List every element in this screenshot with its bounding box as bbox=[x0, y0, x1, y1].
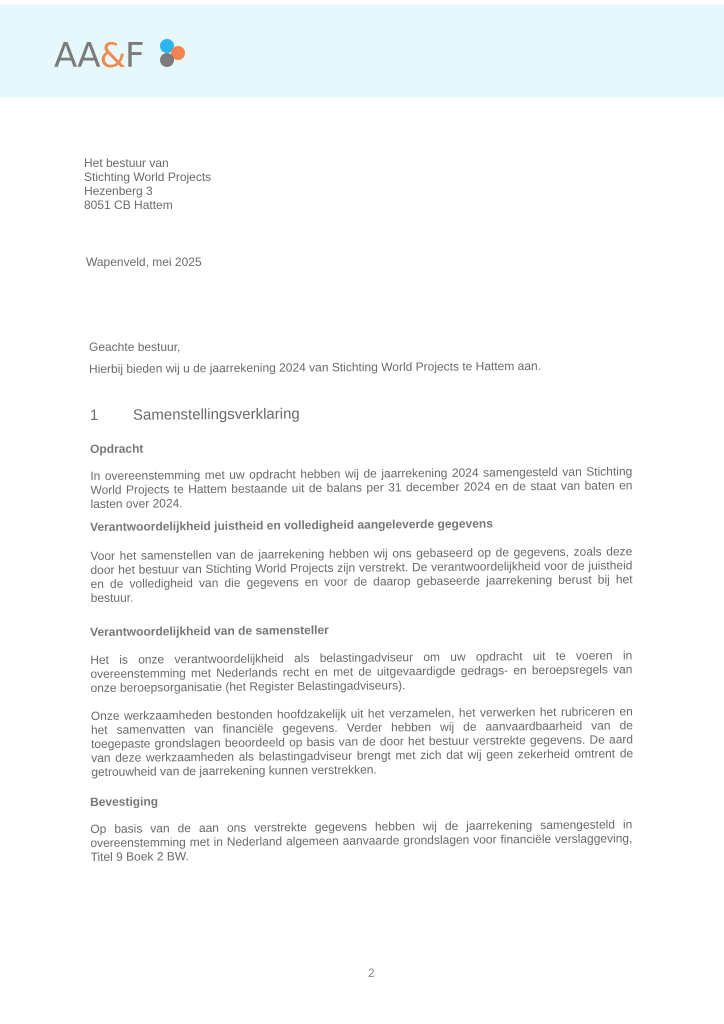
logo-text: AA&F bbox=[54, 36, 144, 76]
address-line: Het bestuur van bbox=[84, 156, 211, 170]
subsection-verantwoordelijkheid-samensteller: Verantwoordelijkheid van de samensteller… bbox=[90, 620, 633, 779]
section-heading: 1 Samenstellingsverklaring bbox=[90, 406, 300, 424]
subsection-heading: Opdracht bbox=[90, 437, 632, 456]
place-date: Wapenveld, mei 2025 bbox=[86, 255, 202, 269]
subsection-verantwoordelijkheid-gegevens: Verantwoordelijkheid juistheid en volled… bbox=[90, 515, 633, 605]
page-number: 2 bbox=[368, 966, 375, 980]
address-line: Hezenberg 3 bbox=[84, 184, 211, 198]
subsection-heading: Bevestiging bbox=[90, 790, 632, 809]
paragraph: In overeenstemming met uw opdracht hebbe… bbox=[90, 464, 632, 511]
subsection-heading: Verantwoordelijkheid van de samensteller bbox=[90, 620, 632, 639]
recipient-address: Het bestuur van Stichting World Projects… bbox=[84, 156, 211, 212]
address-line: Stichting World Projects bbox=[84, 170, 211, 184]
paragraph: Het is onze verantwoordelijkheid als bel… bbox=[90, 648, 632, 695]
company-logo: AA&F bbox=[54, 36, 198, 76]
section-title: Samenstellingsverklaring bbox=[133, 406, 300, 424]
subsection-bevestiging: Bevestiging Op basis van de aan ons vers… bbox=[90, 790, 633, 864]
paragraph: Op basis van de aan ons verstrekte gegev… bbox=[90, 817, 632, 864]
subsection-opdracht: Opdracht In overeenstemming met uw opdra… bbox=[90, 437, 633, 511]
subsection-heading: Verantwoordelijkheid juistheid en volled… bbox=[90, 515, 632, 534]
paragraph: Onze werkzaamheden bestonden hoofdzakeli… bbox=[91, 704, 634, 779]
paragraph: Voor het samenstellen van de jaarrekenin… bbox=[90, 544, 632, 605]
section-number: 1 bbox=[90, 407, 133, 424]
address-line: 8051 CB Hattem bbox=[84, 198, 211, 212]
logo-dots-icon bbox=[158, 36, 198, 76]
intro-text: Hierbij bieden wij u de jaarrekening 202… bbox=[89, 359, 541, 376]
salutation: Geachte bestuur, bbox=[89, 340, 180, 354]
